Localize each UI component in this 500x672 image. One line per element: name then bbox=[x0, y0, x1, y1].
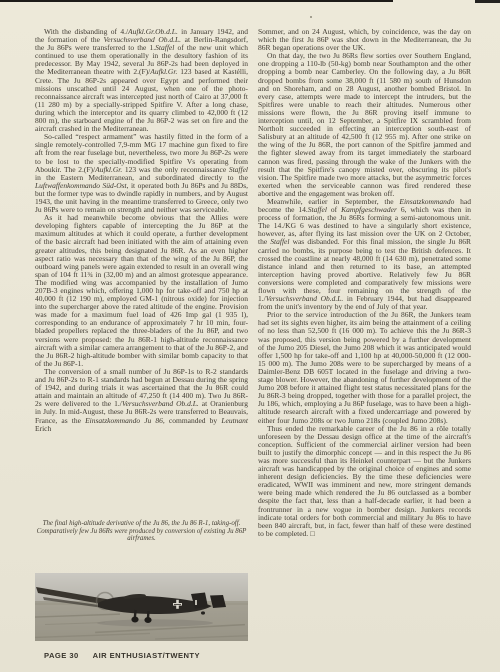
left-text-column: With the disbanding of 4./Aufkl.Gr.Ob.d.… bbox=[35, 28, 248, 433]
paragraph: Meanwhile, earlier in September, the Ein… bbox=[258, 198, 471, 311]
paragraph: Thus ended the remarkable career of the … bbox=[258, 425, 471, 538]
paragraph: On that day, the two Ju 86Rs flew sortie… bbox=[258, 52, 471, 198]
paragraph: With the disbanding of 4./Aufkl.Gr.Ob.d.… bbox=[35, 28, 248, 133]
scan-edge-artifact bbox=[475, 0, 500, 3]
scan-edge-artifact bbox=[0, 0, 393, 2]
paragraph: The conversion of a small number of Ju 8… bbox=[35, 368, 248, 433]
page-number-label: PAGE 30 bbox=[44, 651, 79, 660]
page-footer: PAGE 30AIR ENTHUSIAST/TWENTY bbox=[44, 651, 200, 660]
paragraph: As it had meanwhile become obvious that … bbox=[35, 214, 248, 368]
ju86-takeoff-illustration bbox=[35, 573, 248, 641]
paragraph: Prior to the service introduction of the… bbox=[258, 311, 471, 424]
paragraph: So-called “respect armament” was hastily… bbox=[35, 133, 248, 214]
scan-speck bbox=[310, 16, 312, 18]
magazine-title: AIR ENTHUSIAST/TWENTY bbox=[93, 651, 200, 660]
paragraph: Sommer, and on 24 August, which, by coin… bbox=[258, 28, 471, 52]
aircraft-photo bbox=[35, 573, 248, 641]
photo-caption: The final high-altitude derivative of th… bbox=[35, 520, 248, 543]
magazine-page: With the disbanding of 4./Aufkl.Gr.Ob.d.… bbox=[0, 0, 500, 672]
right-text-column: Sommer, and on 24 August, which, by coin… bbox=[258, 28, 471, 538]
